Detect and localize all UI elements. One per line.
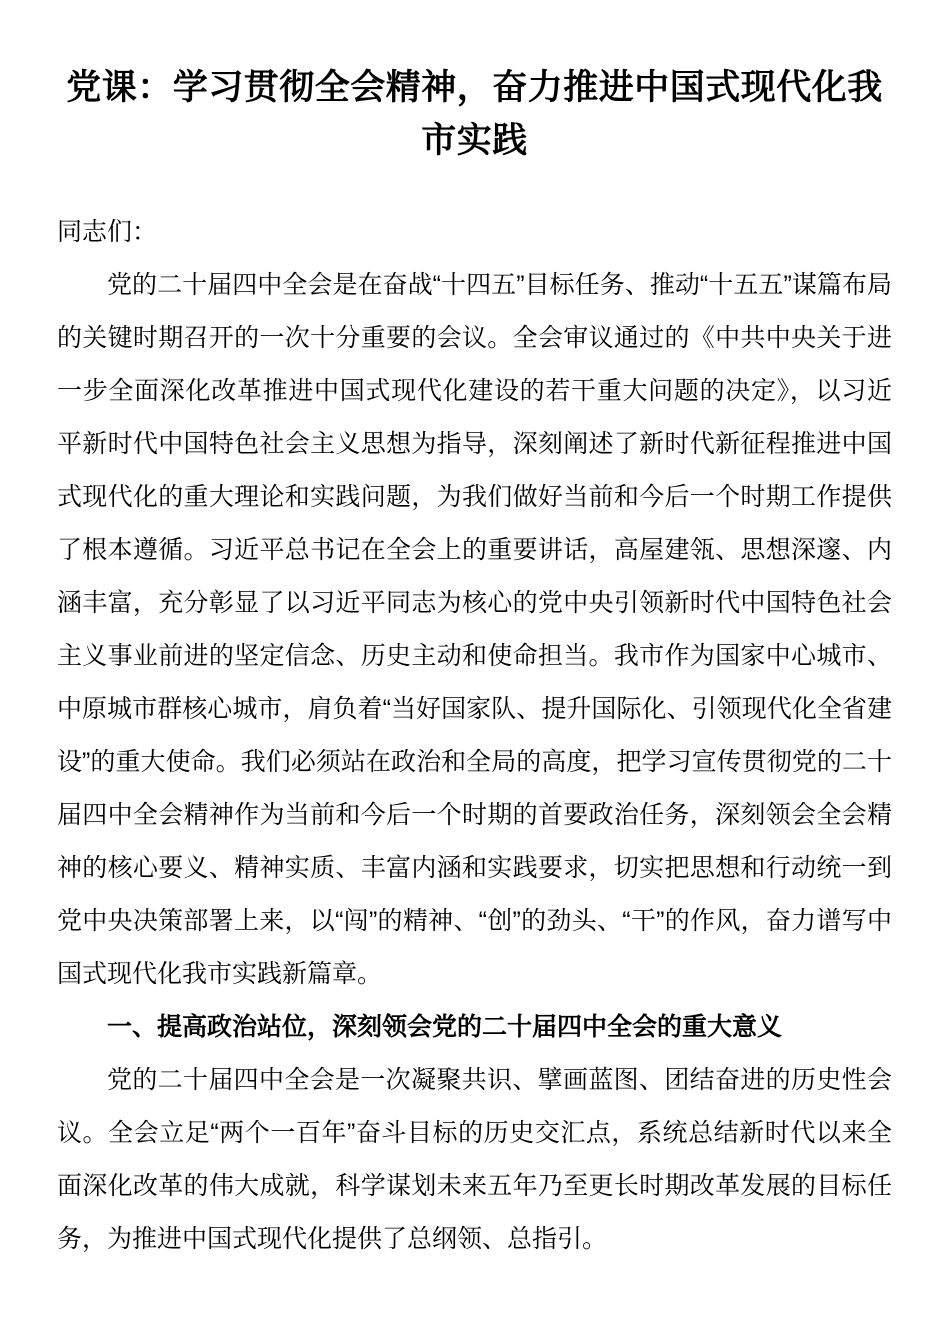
section-heading-1: 一、提高政治站位，深刻领会党的二十届四中全会的重大意义 bbox=[57, 1001, 892, 1054]
paragraph-intro: 党的二十届四中全会是在奋战“十四五”目标任务、推动“十五五”谋篇布局的关键时期召… bbox=[57, 259, 892, 1001]
paragraph-section-1: 党的二十届四中全会是一次凝聚共识、擘画蓝图、团结奋进的历史性会议。全会立足“两个… bbox=[57, 1054, 892, 1266]
document-page: 党课：学习贯彻全会精神，奋力推进中国式现代化我市实践 同志们： 党的二十届四中全… bbox=[0, 0, 950, 1344]
document-title: 党课：学习贯彻全会精神，奋力推进中国式现代化我市实践 bbox=[57, 61, 892, 167]
salutation: 同志们： bbox=[57, 206, 892, 259]
